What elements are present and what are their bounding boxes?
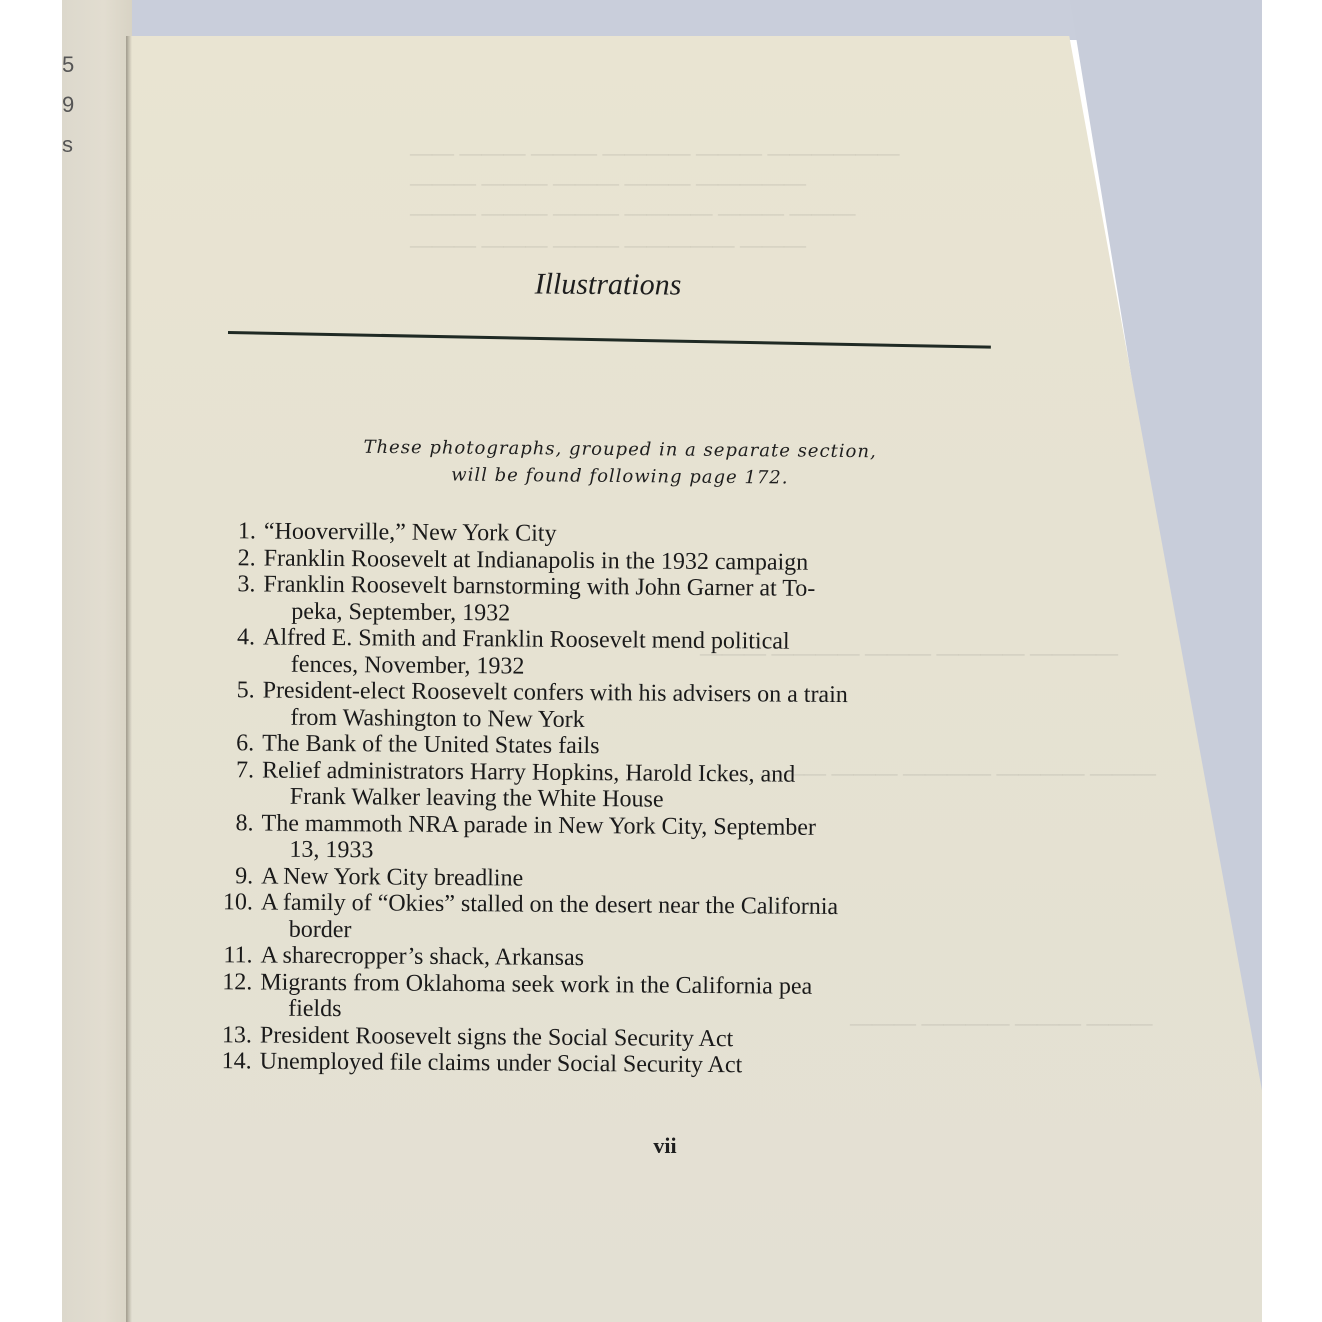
left-page-fragment: 9 xyxy=(62,92,74,118)
list-item: 5.President-elect Roosevelt confers with… xyxy=(198,677,1038,737)
item-caption-line: Alfred E. Smith and Franklin Roosevelt m… xyxy=(263,624,790,654)
item-number: 3. xyxy=(199,571,263,598)
item-number: 4. xyxy=(199,624,263,651)
item-caption-line: Relief administrators Harry Hopkins, Har… xyxy=(262,757,795,787)
list-item: 8.The mammoth NRA parade in New York Cit… xyxy=(197,809,1037,869)
item-caption: Franklin Roosevelt barnstorming with Joh… xyxy=(263,572,1039,631)
item-caption-line: The Bank of the United States fails xyxy=(262,730,599,759)
item-caption: A family of “Okies” stalled on the deser… xyxy=(261,889,1037,948)
note-line: will be found following page 172. xyxy=(300,460,940,493)
note-line: These photographs, grouped in a separate… xyxy=(300,433,940,466)
item-caption: The mammoth NRA parade in New York City,… xyxy=(261,810,1037,869)
item-caption-line: “Hooverville,” New York City xyxy=(264,519,557,547)
item-number: 11. xyxy=(196,942,260,969)
item-caption: Relief administrators Harry Hopkins, Har… xyxy=(262,757,1038,816)
item-caption-line: A New York City breadline xyxy=(261,863,523,891)
item-caption-line: President Roosevelt signs the Social Sec… xyxy=(260,1022,733,1052)
item-number: 2. xyxy=(200,544,264,571)
left-page-fragment: 5 xyxy=(62,52,74,78)
list-item: 7.Relief administrators Harry Hopkins, H… xyxy=(198,756,1038,816)
previous-page-edge xyxy=(62,0,132,1322)
page-number: vii xyxy=(640,1133,690,1159)
item-number: 9. xyxy=(197,862,261,889)
item-caption-line: President-elect Roosevelt confers with h… xyxy=(263,677,848,708)
gutter-shadow xyxy=(126,36,132,1322)
left-page-fragment: s xyxy=(62,132,73,158)
item-number: 5. xyxy=(199,677,263,704)
item-number: 12. xyxy=(196,968,260,995)
item-caption: Alfred E. Smith and Franklin Roosevelt m… xyxy=(263,624,1039,683)
list-item: 12.Migrants from Oklahoma seek work in t… xyxy=(196,968,1036,1028)
item-caption-line: A sharecropper’s shack, Arkansas xyxy=(260,942,584,971)
item-number: 14. xyxy=(196,1048,260,1075)
section-note: These photographs, grouped in a separate… xyxy=(300,433,940,493)
illustration-list: 1.“Hooverville,” New York City2.Franklin… xyxy=(196,518,1040,1081)
list-item: 10.A family of “Okies” stalled on the de… xyxy=(197,889,1037,949)
item-number: 1. xyxy=(200,518,264,545)
item-caption-line: A family of “Okies” stalled on the deser… xyxy=(261,889,838,920)
photo-scene: 5 9 s —— ——— ——— ———— ——— —————— ——— ———… xyxy=(0,0,1322,1322)
item-caption-line: Franklin Roosevelt barnstorming with Joh… xyxy=(263,572,815,602)
item-number: 6. xyxy=(198,730,262,757)
item-caption: President-elect Roosevelt confers with h… xyxy=(262,677,1038,736)
item-number: 8. xyxy=(198,809,262,836)
item-caption-line: Migrants from Oklahoma seek work in the … xyxy=(260,969,812,999)
item-caption: Migrants from Oklahoma seek work in the … xyxy=(260,969,1036,1028)
item-number: 7. xyxy=(198,756,262,783)
page-title: Illustrations xyxy=(228,265,988,304)
item-number: 10. xyxy=(197,889,261,916)
item-caption-line: Unemployed file claims under Social Secu… xyxy=(260,1048,743,1078)
item-caption-line: The mammoth NRA parade in New York City,… xyxy=(262,810,817,840)
item-caption-line: Franklin Roosevelt at Indianapolis in th… xyxy=(264,545,809,575)
list-item: 4.Alfred E. Smith and Franklin Roosevelt… xyxy=(199,624,1039,684)
item-number: 13. xyxy=(196,1021,260,1048)
list-item: 3.Franklin Roosevelt barnstorming with J… xyxy=(199,571,1039,631)
